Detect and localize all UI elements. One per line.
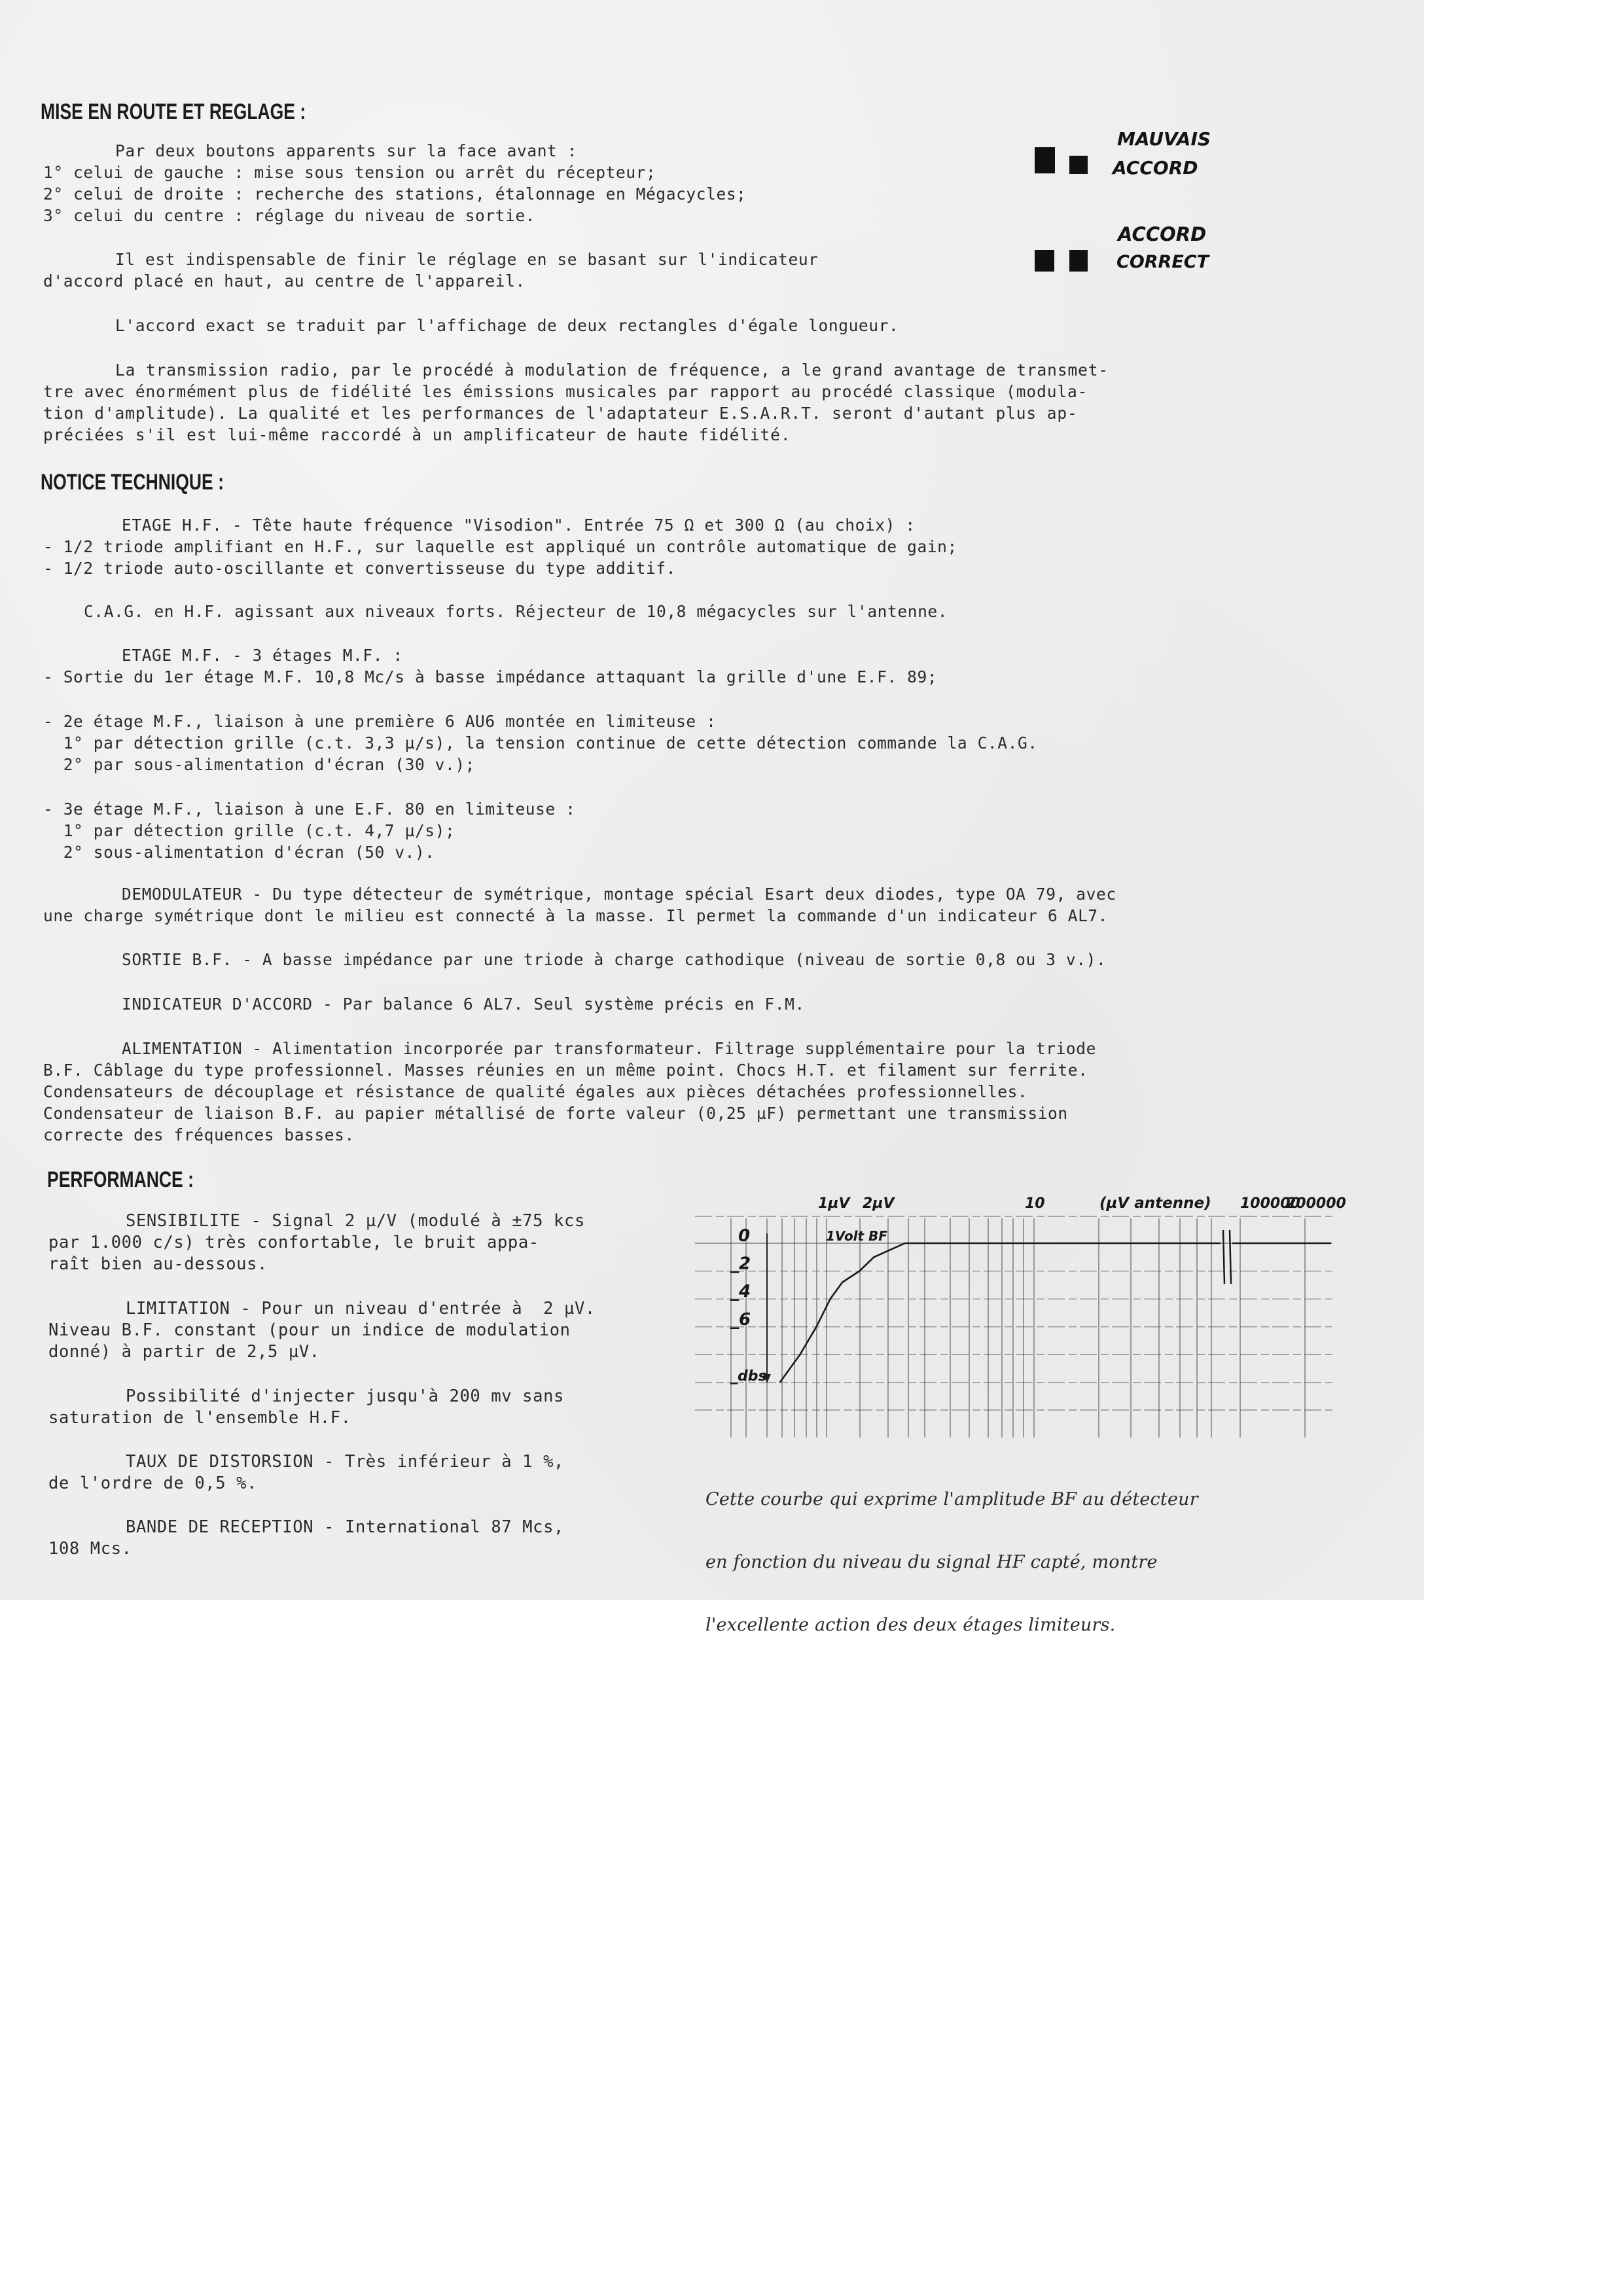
y-tick-label: 0 xyxy=(738,1226,750,1246)
scanned-page: MISE EN ROUTE ET REGLAGE : Par deux bout… xyxy=(0,0,1424,1600)
caption-line: l'excellente action des deux étages limi… xyxy=(705,1615,1198,1636)
y-tick-label: _6 xyxy=(730,1310,751,1330)
caption-line: Cette courbe qui exprime l'amplitude BF … xyxy=(705,1489,1198,1510)
x-tick-label: 1µV xyxy=(818,1195,851,1212)
caption-line: en fonction du niveau du signal HF capté… xyxy=(705,1552,1198,1573)
chart-grid: 0_2_4_6_dbs1µV2µV10100000200000(µV anten… xyxy=(695,1195,1346,1438)
y-tick-label: _2 xyxy=(730,1254,751,1274)
limiter-response-chart: 0_2_4_6_dbs1µV2µV10100000200000(µV anten… xyxy=(0,0,1424,1600)
response-curve xyxy=(780,1243,1221,1383)
y-tick-label: _dbs xyxy=(730,1368,767,1385)
chart-caption: Cette courbe qui exprime l'amplitude BF … xyxy=(705,1447,1198,1678)
x-tick-label: 2µV xyxy=(863,1195,895,1212)
x-tick-label: 200000 xyxy=(1286,1195,1346,1212)
y-tick-label: _4 xyxy=(730,1282,751,1301)
curve-annotation: 1Volt BF xyxy=(826,1228,887,1244)
x-tick-label: 10 xyxy=(1025,1195,1045,1212)
x-axis-label: (µV antenne) xyxy=(1099,1195,1211,1212)
axis-break-icon xyxy=(1223,1230,1224,1284)
